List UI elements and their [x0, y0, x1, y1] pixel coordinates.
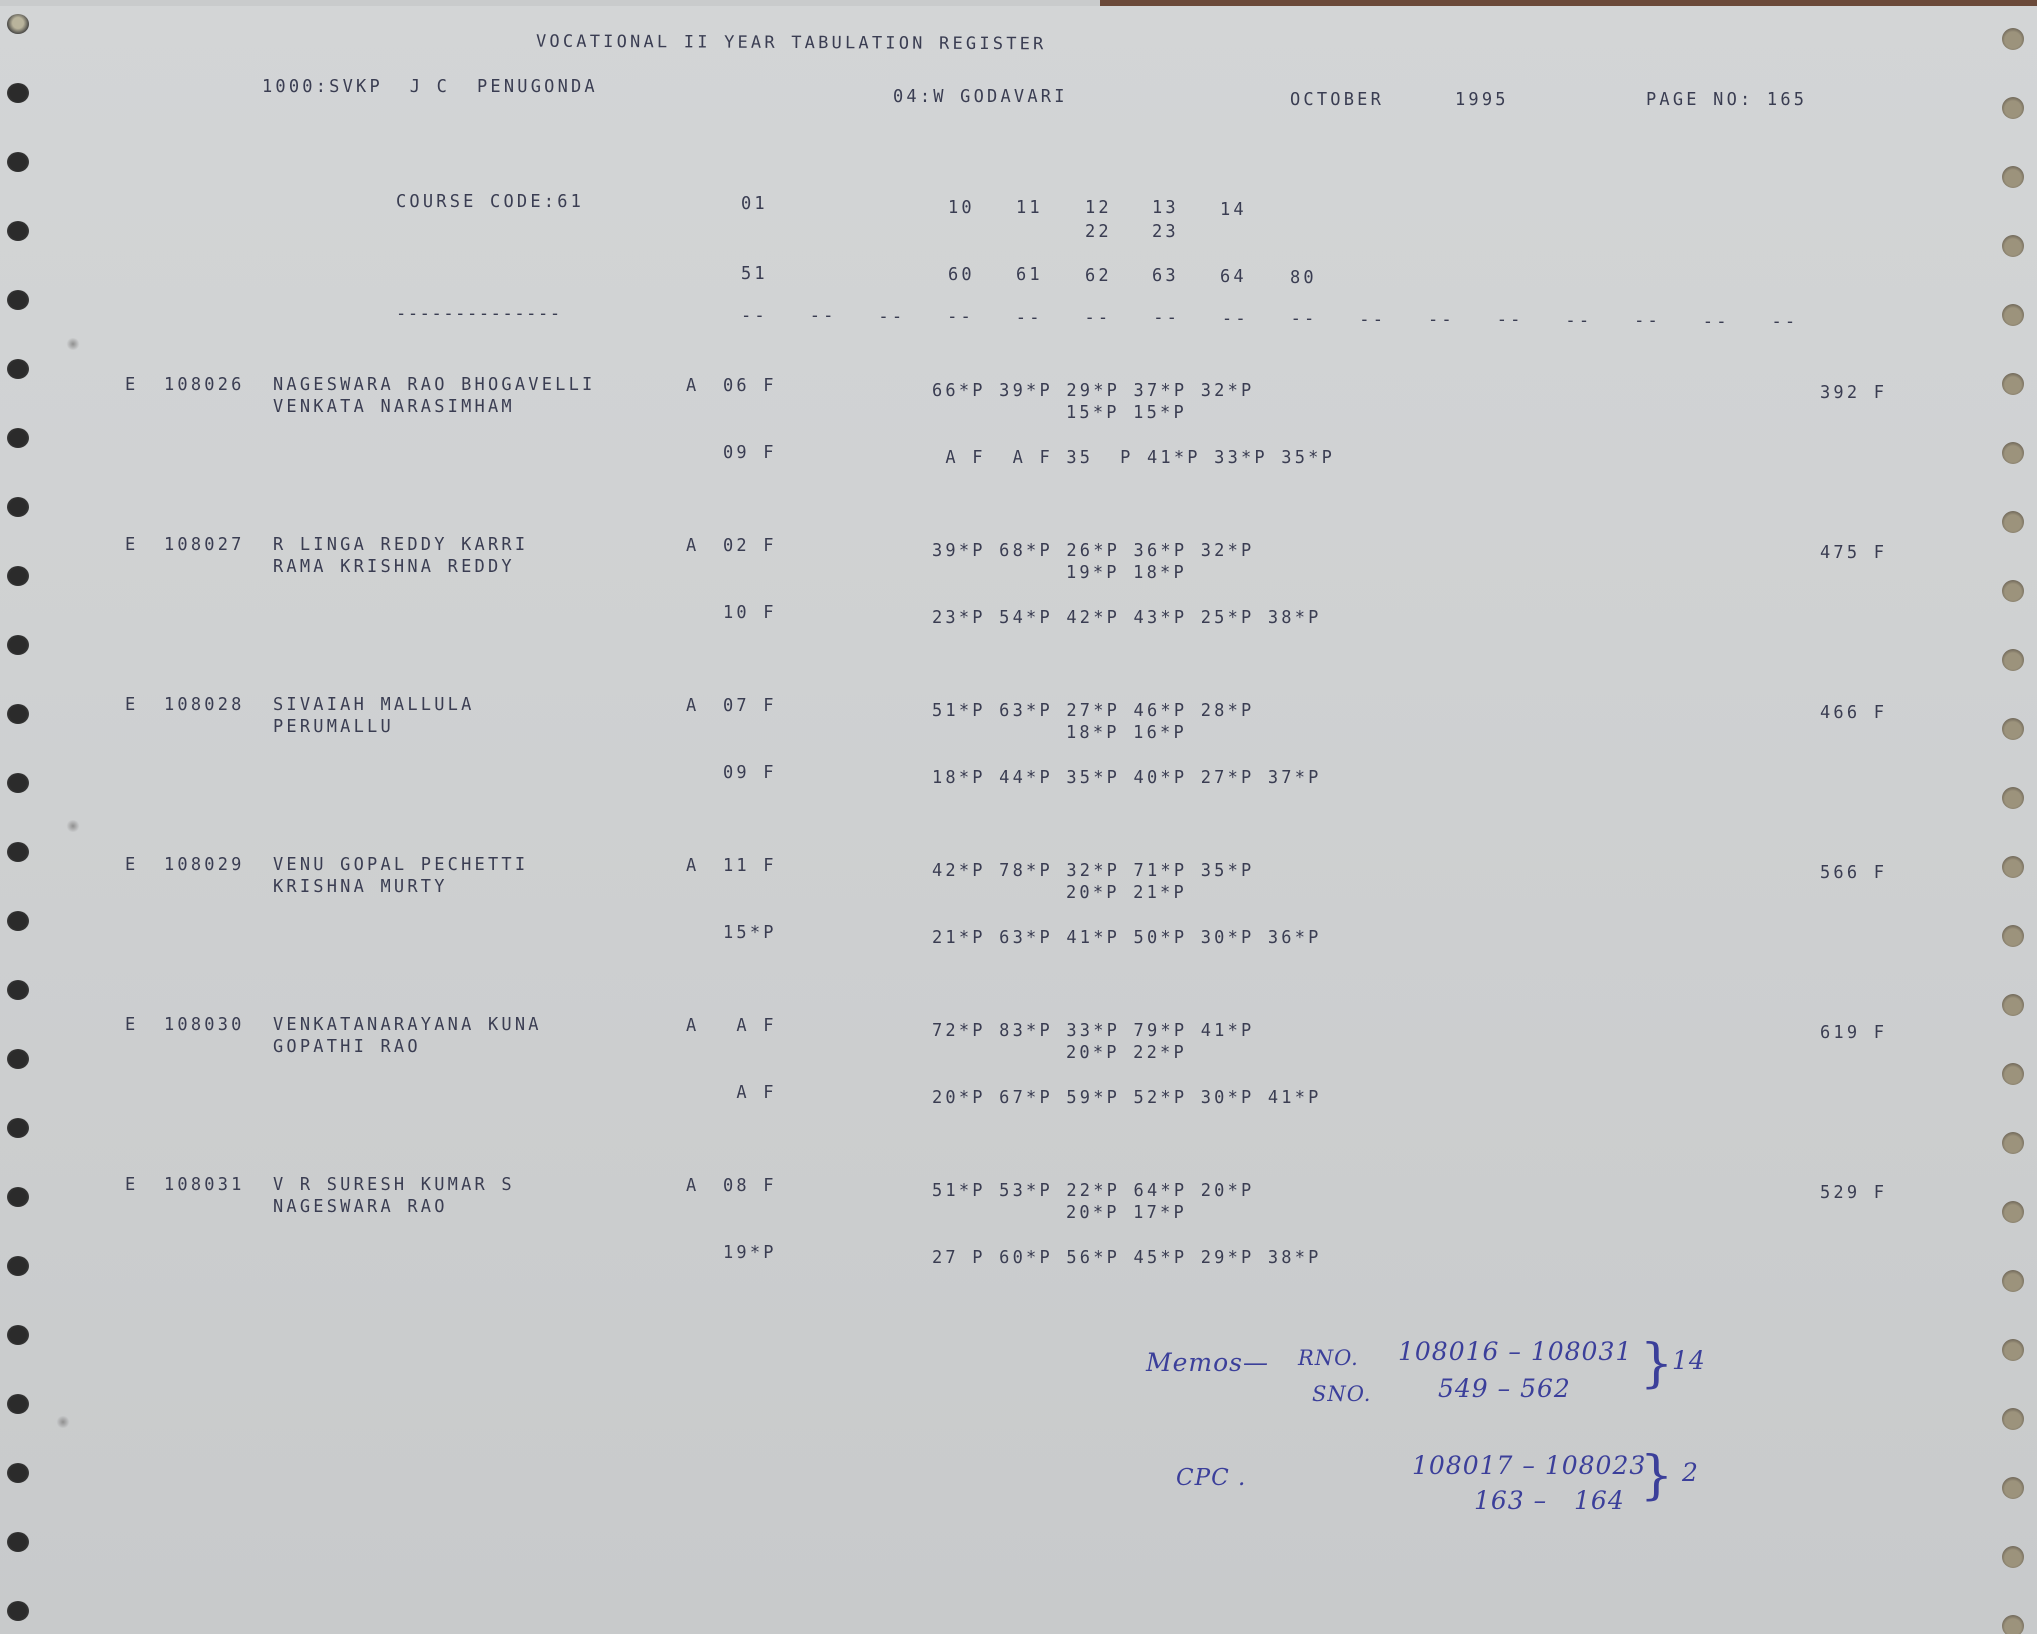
memos-brace: }: [1640, 1338, 1673, 1390]
total-result: 566 F: [1820, 863, 1887, 884]
subject-marks: 51*P 63*P 27*P 46*P 28*P: [932, 701, 1254, 722]
column-code: 63: [1152, 266, 1179, 287]
column-dash: --: [1291, 309, 1318, 330]
feed-hole-right: [2002, 1201, 2024, 1223]
column-code: 22: [1085, 222, 1112, 243]
subject-marks-secondary: 15*P 15*P: [1066, 403, 1187, 424]
feed-hole-left: [7, 566, 29, 586]
register-title: VOCATIONAL II YEAR TABULATION REGISTER: [536, 32, 1047, 55]
column-code: 61: [1016, 265, 1043, 286]
subject-marks: 42*P 78*P 32*P 71*P 35*P: [932, 861, 1254, 882]
district: 04:W GODAVARI: [893, 87, 1068, 108]
total-result: 392 F: [1820, 383, 1887, 404]
column-code: 11: [1016, 198, 1043, 219]
feed-hole-left: [7, 1118, 29, 1138]
student-name-continued: GOPATHI RAO: [273, 1037, 421, 1058]
tabulation-sheet: [0, 6, 2037, 1634]
feed-hole-left: [7, 635, 29, 655]
sno-label: SNO.: [1312, 1382, 1371, 1406]
subject-marks-secondary: 19*P 18*P: [1066, 563, 1187, 584]
feed-hole-right: [2002, 1615, 2024, 1634]
student-name-continued: NAGESWARA RAO: [273, 1197, 448, 1218]
subject-marks-secondary: 20*P 17*P: [1066, 1203, 1187, 1224]
feed-hole-left: [7, 14, 29, 34]
feed-hole-right: [2002, 580, 2024, 602]
subject-marks: 39*P 68*P 26*P 36*P 32*P: [932, 541, 1254, 562]
feed-hole-right: [2002, 28, 2024, 50]
feed-hole-right: [2002, 511, 2024, 533]
feed-hole-right: [2002, 166, 2024, 188]
medium-code: A: [686, 696, 699, 717]
subject-marks-secondary: 20*P 22*P: [1066, 1043, 1187, 1064]
feed-hole-right: [2002, 442, 2024, 464]
feed-hole-left: [7, 1049, 29, 1069]
feed-hole-right: [2002, 1546, 2024, 1568]
column-code: 01: [741, 194, 768, 215]
medium-code: A: [686, 1016, 699, 1037]
feed-hole-left: [7, 290, 29, 310]
column-code: 10: [948, 198, 975, 219]
roll-number: 108029: [164, 855, 245, 876]
subject-marks-part2: 20*P 67*P 59*P 52*P 30*P 41*P: [932, 1088, 1322, 1109]
total-result: 619 F: [1820, 1023, 1887, 1044]
student-name-continued: PERUMALLU: [273, 717, 394, 738]
feed-hole-right: [2002, 1270, 2024, 1292]
college-code: 1000:SVKP J C PENUGONDA: [262, 77, 598, 98]
cpc-rno-range: 108017 – 108023: [1412, 1451, 1646, 1480]
feed-hole-left: [7, 497, 29, 517]
subject-marks: 72*P 83*P 33*P 79*P 41*P: [932, 1021, 1254, 1042]
feed-hole-left: [7, 83, 29, 103]
column-dash: --: [947, 307, 974, 328]
feed-hole-left: [7, 1394, 29, 1414]
header-underline: --------------: [396, 304, 562, 325]
part2-result: 19*P: [723, 1243, 777, 1264]
total-result: 475 F: [1820, 543, 1887, 564]
subject-marks-part2: 23*P 54*P 42*P 43*P 25*P 38*P: [932, 608, 1322, 629]
column-code: 64: [1220, 267, 1247, 288]
course-code: COURSE CODE:61: [396, 192, 584, 213]
column-code: 60: [948, 264, 975, 285]
feed-hole-right: [2002, 994, 2024, 1016]
student-name: NAGESWARA RAO BHOGAVELLI: [273, 375, 595, 396]
column-dash: --: [1222, 308, 1249, 329]
column-code: 80: [1290, 267, 1317, 288]
exam-prefix: E: [125, 1015, 138, 1036]
feed-hole-left: [7, 773, 29, 793]
feed-hole-left: [7, 1463, 29, 1483]
roll-number: 108030: [164, 1015, 245, 1036]
part2-result: 10 F: [723, 603, 777, 624]
cpc-sno-range: 163 – 164: [1474, 1486, 1625, 1515]
feed-hole-right: [2002, 856, 2024, 878]
column-dash: --: [1565, 310, 1592, 331]
feed-hole-left: [7, 428, 29, 448]
feed-hole-right: [2002, 1063, 2024, 1085]
feed-hole-left: [7, 359, 29, 379]
student-name: SIVAIAH MALLULA: [273, 695, 475, 716]
column-code: 13: [1152, 198, 1179, 219]
column-dash: --: [741, 306, 768, 327]
feed-hole-left: [7, 152, 29, 172]
part2-result: A F: [723, 1083, 777, 1104]
rno-range: 108016 – 108031: [1398, 1337, 1632, 1366]
column-dash: --: [1428, 310, 1455, 331]
exam-prefix: E: [125, 695, 138, 716]
column-dash: --: [1085, 308, 1112, 329]
part2-result: 09 F: [723, 763, 777, 784]
paper-stain: [56, 1416, 70, 1428]
feed-hole-right: [2002, 649, 2024, 671]
subject-marks-part2: A F A F 35 P 41*P 33*P 35*P: [932, 448, 1335, 469]
subject-marks-secondary: 20*P 21*P: [1066, 883, 1187, 904]
medium-code: A: [686, 536, 699, 557]
roll-number: 108028: [164, 695, 245, 716]
column-dash: --: [878, 306, 905, 327]
feed-hole-right: [2002, 787, 2024, 809]
subject-marks-part2: 21*P 63*P 41*P 50*P 30*P 36*P: [932, 928, 1322, 949]
roll-number: 108026: [164, 375, 245, 396]
exam-prefix: E: [125, 375, 138, 396]
medium-code: A: [686, 1176, 699, 1197]
column-dash: --: [1634, 311, 1661, 332]
feed-hole-left: [7, 980, 29, 1000]
part2-result: 09 F: [723, 443, 777, 464]
exam-prefix: E: [125, 855, 138, 876]
sno-range: 549 – 562: [1438, 1374, 1571, 1403]
column-code: 12: [1085, 198, 1112, 219]
feed-hole-left: [7, 842, 29, 862]
feed-hole-left: [7, 704, 29, 724]
rno-label: RNO.: [1298, 1346, 1359, 1370]
feed-hole-right: [2002, 304, 2024, 326]
feed-hole-left: [7, 1601, 29, 1621]
column-dash: --: [1359, 309, 1386, 330]
feed-hole-left: [7, 1325, 29, 1345]
cpc-count: 2: [1682, 1458, 1699, 1487]
part1-result: 07 F: [723, 696, 777, 717]
feed-hole-left: [7, 1532, 29, 1552]
student-name: V R SURESH KUMAR S: [273, 1175, 515, 1196]
part1-result: A F: [723, 1016, 777, 1037]
column-code: 14: [1220, 200, 1247, 221]
roll-number: 108027: [164, 535, 245, 556]
student-name: VENU GOPAL PECHETTI: [273, 855, 528, 876]
feed-hole-right: [2002, 1477, 2024, 1499]
column-dash: --: [1703, 311, 1730, 332]
student-name: R LINGA REDDY KARRI: [273, 535, 528, 556]
part1-result: 11 F: [723, 856, 777, 877]
memos-count: 14: [1672, 1346, 1706, 1375]
feed-hole-left: [7, 1187, 29, 1207]
feed-hole-left: [7, 1256, 29, 1276]
feed-hole-left: [7, 911, 29, 931]
column-dash: --: [1772, 312, 1799, 333]
paper-stain: [66, 820, 80, 832]
subject-marks-part2: 18*P 44*P 35*P 40*P 27*P 37*P: [932, 768, 1322, 789]
paper-stain: [66, 338, 80, 350]
column-code: 51: [741, 264, 768, 285]
page-number: PAGE NO: 165: [1646, 90, 1807, 111]
exam-prefix: E: [125, 1175, 138, 1196]
total-result: 529 F: [1820, 1183, 1887, 1204]
feed-hole-right: [2002, 718, 2024, 740]
exam-year: 1995: [1455, 90, 1509, 111]
memos-label: Memos—: [1146, 1348, 1269, 1377]
feed-hole-right: [2002, 1408, 2024, 1430]
cpc-brace: }: [1640, 1450, 1673, 1502]
part1-result: 08 F: [723, 1176, 777, 1197]
subject-marks-part2: 27 P 60*P 56*P 45*P 29*P 38*P: [932, 1248, 1322, 1269]
student-name-continued: RAMA KRISHNA REDDY: [273, 557, 515, 578]
feed-hole-right: [2002, 1339, 2024, 1361]
part2-result: 15*P: [723, 923, 777, 944]
column-dash: --: [810, 306, 837, 327]
exam-prefix: E: [125, 535, 138, 556]
feed-hole-right: [2002, 373, 2024, 395]
column-dash: --: [1153, 308, 1180, 329]
exam-month: OCTOBER: [1290, 90, 1384, 111]
subject-marks-secondary: 18*P 16*P: [1066, 723, 1187, 744]
feed-hole-right: [2002, 1132, 2024, 1154]
feed-hole-right: [2002, 925, 2024, 947]
roll-number: 108031: [164, 1175, 245, 1196]
student-name-continued: KRISHNA MURTY: [273, 877, 448, 898]
subject-marks: 66*P 39*P 29*P 37*P 32*P: [932, 381, 1254, 402]
column-code: 62: [1085, 265, 1112, 286]
student-name-continued: VENKATA NARASIMHAM: [273, 397, 515, 418]
part1-result: 06 F: [723, 376, 777, 397]
subject-marks: 51*P 53*P 22*P 64*P 20*P: [932, 1181, 1254, 1202]
column-code: 23: [1152, 222, 1179, 243]
cpc-label: CPC .: [1176, 1465, 1246, 1491]
feed-hole-right: [2002, 235, 2024, 257]
medium-code: A: [686, 856, 699, 877]
column-dash: --: [1497, 310, 1524, 331]
part1-result: 02 F: [723, 536, 777, 557]
column-dash: --: [1016, 307, 1043, 328]
feed-hole-right: [2002, 97, 2024, 119]
feed-hole-left: [7, 221, 29, 241]
medium-code: A: [686, 376, 699, 397]
student-name: VENKATANARAYANA KUNA: [273, 1015, 542, 1036]
total-result: 466 F: [1820, 703, 1887, 724]
